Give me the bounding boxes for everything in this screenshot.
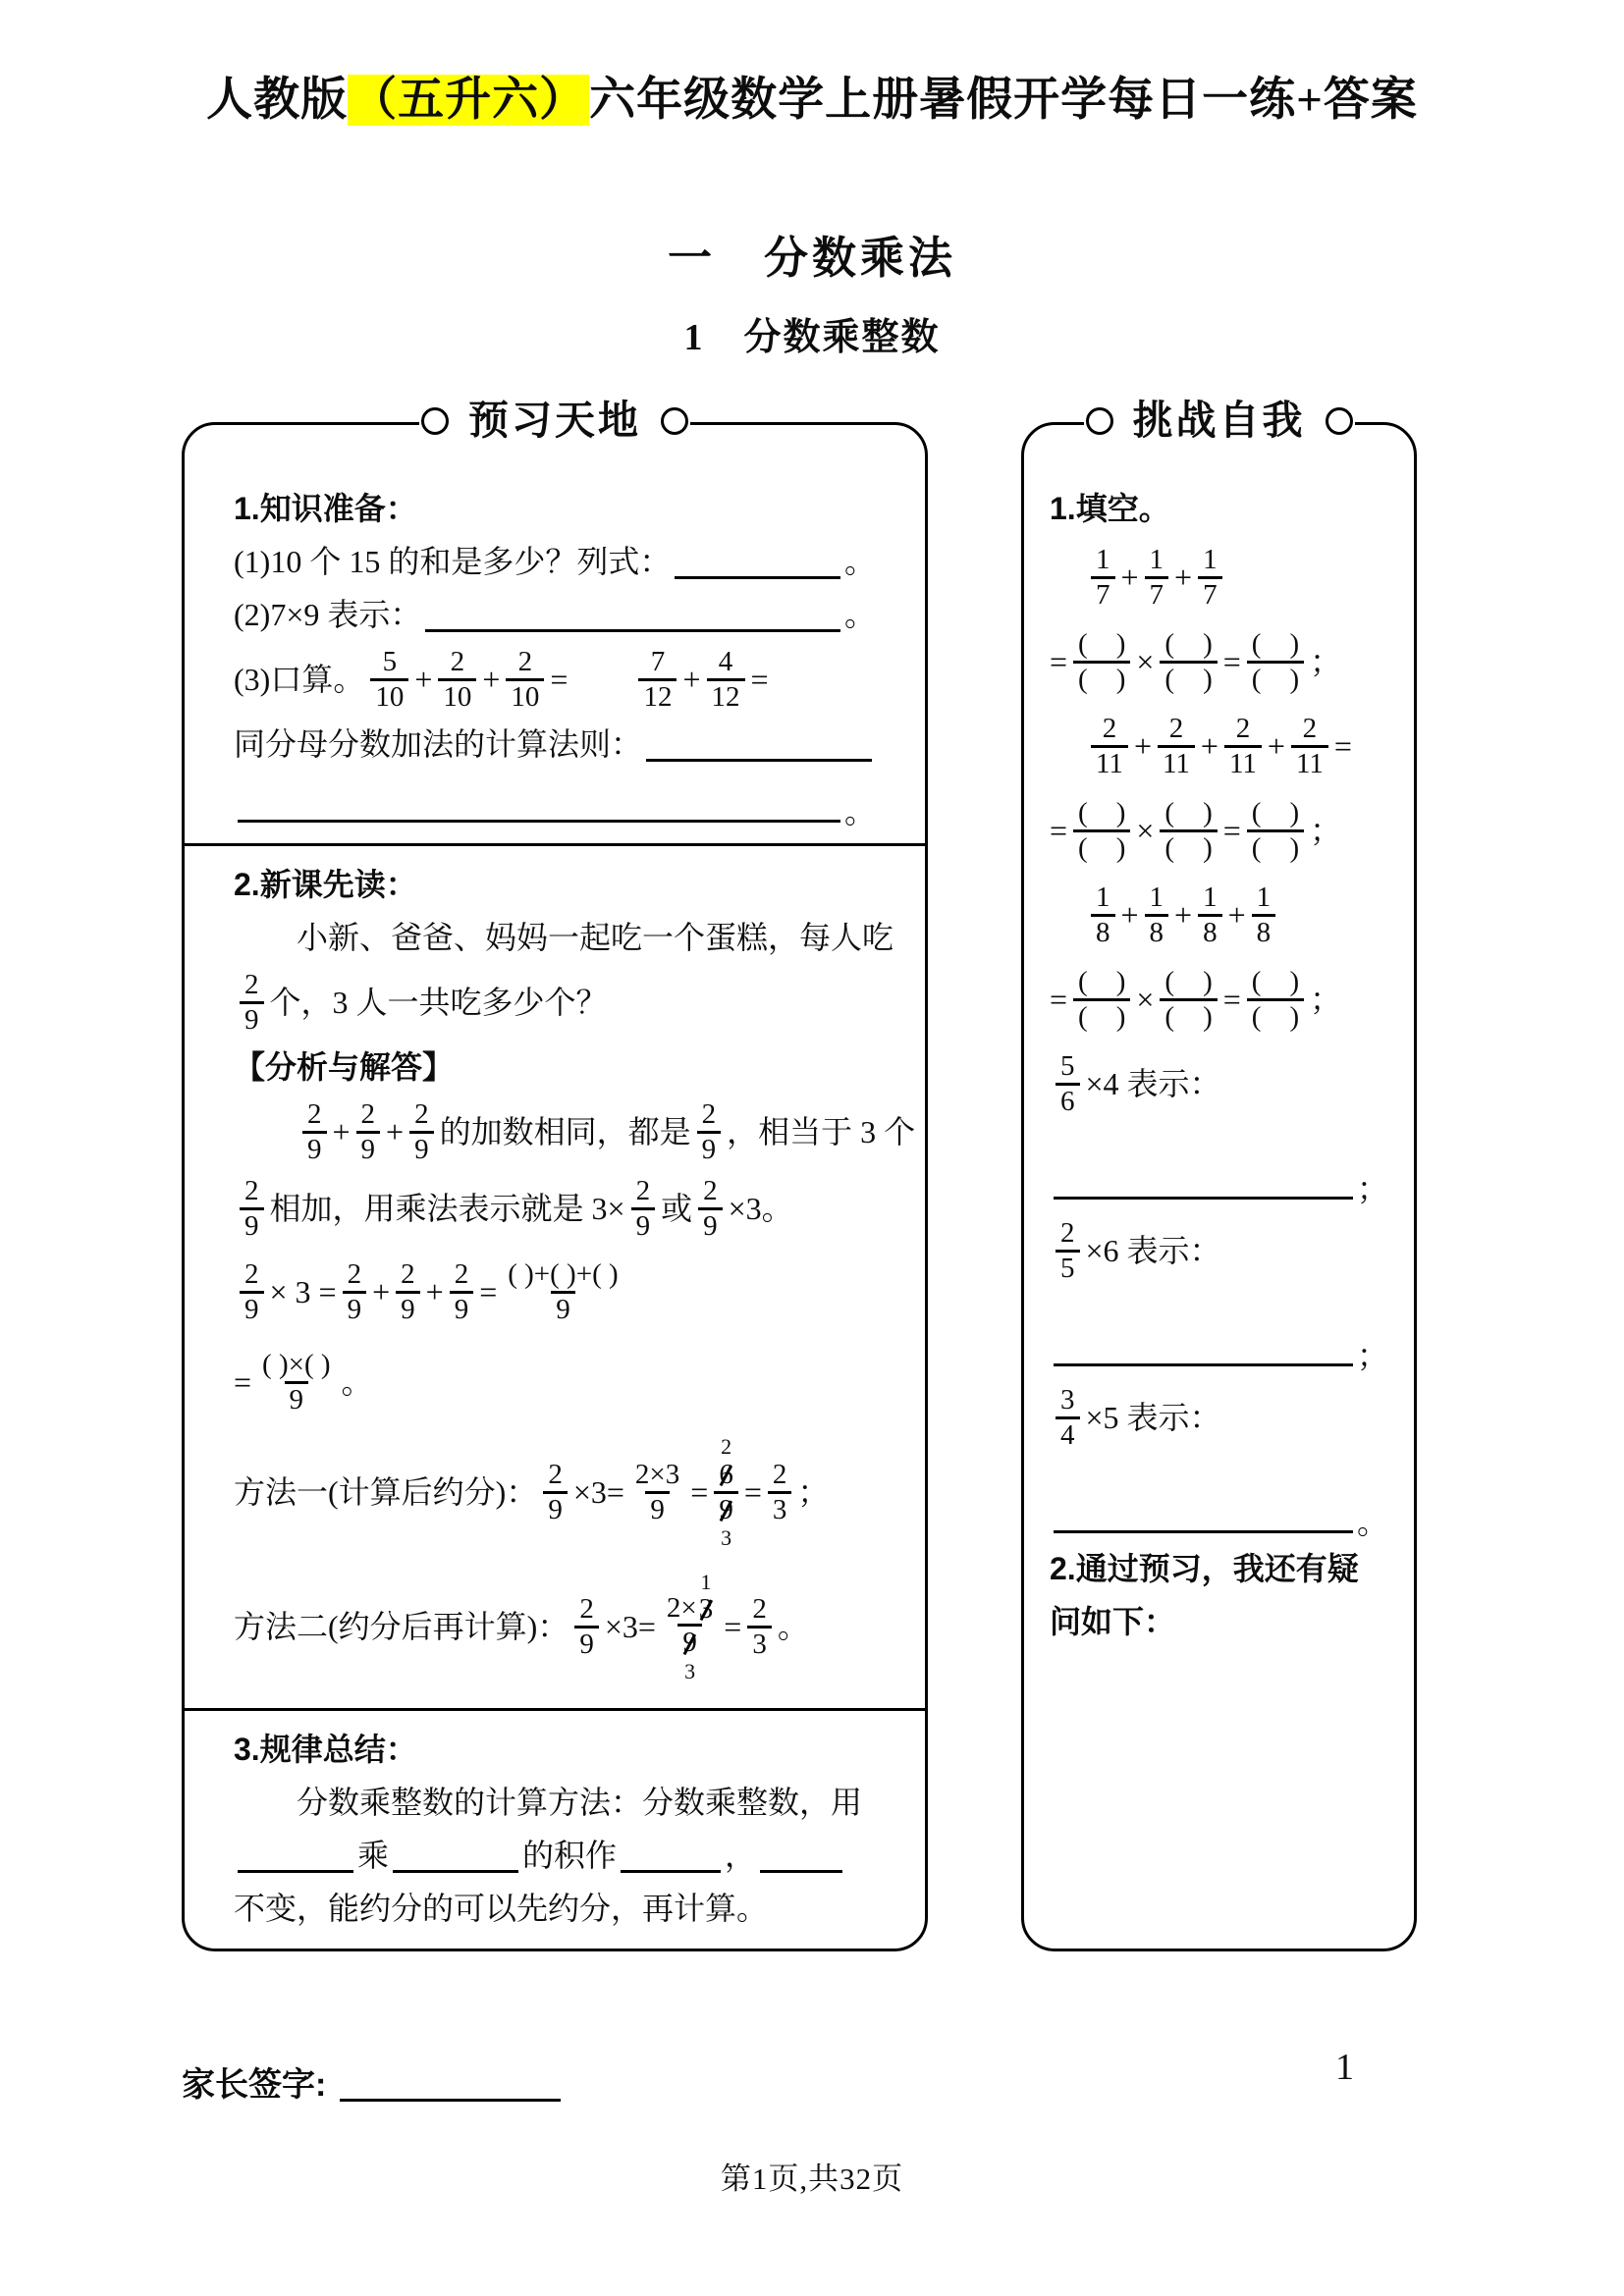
text-run: = [1223, 642, 1241, 681]
numerator: 2 [514, 646, 538, 677]
preview-box-header: 预习天地 [419, 399, 690, 443]
numerator: ( ) [1160, 628, 1217, 660]
fraction: 29 [302, 1098, 327, 1165]
text-run: × 3 = [270, 1272, 337, 1311]
fraction: ( )( ) [1160, 628, 1217, 695]
text-run: = [1050, 811, 1067, 850]
text-run: 。 [1357, 1503, 1388, 1542]
text-line: ； [1050, 1293, 1388, 1375]
text-run: 分数乘整数的计算方法：分数乘整数，用 [297, 1783, 862, 1822]
fraction: 29 [356, 1098, 381, 1165]
text-run: × [1136, 811, 1154, 850]
denominator: 8 [1252, 914, 1276, 948]
denominator: 10 [506, 678, 544, 713]
text-run: ； [1357, 1169, 1388, 1208]
challenge-box-header-label: 挑战自我 [1133, 399, 1306, 443]
text-run: ； [1310, 811, 1341, 850]
numerator: 2 [698, 1175, 723, 1206]
fraction: 2×39 [630, 1459, 684, 1525]
page-number: 1 [1335, 2046, 1354, 2089]
numerator: 2×13 [662, 1570, 718, 1625]
denominator: 11 [1091, 745, 1128, 779]
text-run: ×3。 [729, 1189, 793, 1228]
page-title: 人教版（五升六）六年级数学上册暑假开学每日一练+答案 [0, 63, 1624, 129]
fraction: 211 [1224, 713, 1262, 779]
text-run: ×3= [573, 1472, 624, 1512]
numerator: ( ) [1073, 966, 1130, 997]
denominator: 9 [409, 1131, 434, 1165]
text-line: 同分母分数加法的计算法则： [234, 718, 876, 771]
blank-line [238, 790, 840, 823]
section-divider [185, 843, 925, 846]
text-run: 的加数相同，都是 [440, 1112, 691, 1151]
blank-line [393, 1841, 518, 1873]
preview-box: 预习天地 1.知识准备：(1)10 个 15 的和是多少？列式：。(2)7×9 … [182, 422, 928, 1951]
reduced-digit: 2 [721, 1434, 731, 1459]
text-run: ×3= [605, 1607, 656, 1646]
text-run: ； [1357, 1336, 1388, 1375]
denominator: 9 [240, 1291, 264, 1325]
challenge-box: 挑战自我 1.填空。17+17+17=( )( )×( )( )=( )( )；… [1021, 422, 1417, 1951]
text-run: = [1050, 980, 1067, 1019]
fraction: 17 [1198, 544, 1222, 611]
text-run: 的积作 [522, 1836, 617, 1875]
section-divider [185, 1708, 925, 1711]
chapter-heading: 一 分数乘法 [0, 222, 1624, 286]
text-line: 方法二(约分后再计算)：29×3=2×1393=23。 [234, 1557, 876, 1696]
preview-box-header-label: 预习天地 [468, 399, 641, 443]
fraction: 29 [631, 1175, 656, 1242]
text-run: 相加，用乘法表示就是 3× [270, 1189, 625, 1228]
text-run: + [682, 660, 700, 699]
text-run: + [1121, 558, 1139, 597]
fraction: 29 [240, 1175, 264, 1242]
bold-text-run: 3.规律总结： [234, 1730, 417, 1769]
numerator: 2 [356, 1098, 381, 1130]
numerator: 2 [747, 1593, 772, 1625]
denominator: 3 [768, 1491, 792, 1525]
text-line: (2)7×9 表示：。 [234, 588, 876, 641]
fraction: 56 [1056, 1050, 1080, 1117]
fraction: ( )×( )9 [257, 1349, 335, 1415]
blank-line [760, 1841, 842, 1873]
denominator: 3 [747, 1626, 772, 1660]
denominator: 8 [1145, 914, 1169, 948]
fraction: 29 [574, 1593, 599, 1660]
text-line: 3.规律总结： [234, 1723, 876, 1776]
fraction: 17 [1145, 544, 1169, 611]
blank-line [1054, 1501, 1353, 1533]
denominator: 11 [1291, 745, 1328, 779]
preview-box-content: 1.知识准备：(1)10 个 15 的和是多少？列式：。(2)7×9 表示：。(… [234, 482, 876, 1935]
text-run: 方法一(计算后约分)： [234, 1472, 537, 1512]
fraction: 18 [1198, 881, 1222, 948]
numerator: 6 [714, 1459, 738, 1490]
text-run: + [1201, 726, 1218, 766]
numerator: 2 [446, 646, 470, 677]
parent-signature-label: 家长签字: [182, 2057, 326, 2106]
text-line: 2.新课先读： [234, 858, 876, 911]
text-line: 问如下： [1050, 1595, 1388, 1648]
numerator: 2 [631, 1175, 656, 1206]
text-run: + [1134, 726, 1152, 766]
denominator: 8 [1198, 914, 1222, 948]
numerator: 2 [240, 1175, 264, 1206]
text-run: ×6 表示： [1086, 1231, 1221, 1270]
fraction: ( )( ) [1073, 966, 1130, 1033]
numerator: 2 [343, 1258, 367, 1290]
text-run: + [414, 660, 432, 699]
decorative-circle-icon [421, 407, 449, 435]
page-title-highlight: （五升六） [348, 75, 589, 126]
fraction: 210 [438, 646, 476, 713]
denominator: ( ) [1073, 661, 1130, 695]
denominator: 9 [285, 1381, 309, 1415]
numerator: ( ) [1073, 628, 1130, 660]
fraction: ( )( ) [1247, 797, 1304, 864]
numerator: 4 [714, 646, 738, 677]
denominator: 7 [1145, 576, 1169, 611]
numerator: 2 [697, 1098, 722, 1130]
fraction: ( )( ) [1247, 966, 1304, 1033]
text-line: (1)10 个 15 的和是多少？列式：。 [234, 535, 876, 588]
text-run: (3)口算。 [234, 660, 364, 699]
text-line: 方法一(计算后约分)：29×3=2×39=2693=23； [234, 1427, 876, 1557]
text-line: 56×4 表示： [1050, 1041, 1388, 1126]
text-run: ， [725, 1836, 756, 1875]
denominator: 9 [697, 1131, 722, 1165]
fraction: 18 [1145, 881, 1169, 948]
denominator: 10 [370, 678, 408, 713]
numerator: 1 [1198, 881, 1222, 913]
numerator: 2 [396, 1258, 420, 1290]
text-line: =( )( )×( )( )=( )( )； [1050, 619, 1388, 704]
bold-text-run: 2.通过预习，我还有疑 [1050, 1549, 1359, 1588]
fraction: ( )+( )+( )9 [503, 1258, 623, 1325]
text-line: 。 [1050, 1460, 1388, 1542]
fraction: 23 [747, 1593, 772, 1660]
fraction: 34 [1056, 1384, 1080, 1451]
bold-text-run: 【分析与解答】 [234, 1047, 454, 1087]
denominator: 9 [240, 1207, 264, 1242]
section-heading: 1 分数乘整数 [0, 306, 1624, 360]
numerator: ( )+( )+( ) [503, 1258, 623, 1290]
text-run: + [1228, 895, 1246, 934]
fraction: 29 [240, 969, 264, 1036]
blank-line [646, 729, 872, 762]
numerator: 2 [302, 1098, 327, 1130]
bold-text-run: 1.知识准备： [234, 489, 417, 528]
denominator: 9 [396, 1291, 420, 1325]
text-line: 29× 3 =29+29+29=( )+( )+( )9 [234, 1247, 876, 1337]
text-run: 。 [844, 792, 876, 831]
fraction: 211 [1158, 713, 1195, 779]
numerator: 2 [543, 1459, 568, 1490]
text-run: 。 [844, 542, 876, 581]
fraction: 18 [1091, 881, 1115, 948]
numerator: 5 [1056, 1050, 1080, 1082]
reduced-digit: 1 [701, 1570, 712, 1594]
text-line: =( )( )×( )( )=( )( )； [1050, 788, 1388, 873]
numerator: 2 [574, 1593, 599, 1625]
text-run: (1)10 个 15 的和是多少？列式： [234, 542, 671, 581]
text-run: + [1121, 895, 1139, 934]
fraction: 29 [698, 1175, 723, 1242]
fraction: 510 [370, 646, 408, 713]
text-run: = [1334, 726, 1352, 766]
numerator: 2 [1298, 713, 1323, 744]
denominator: 11 [1158, 745, 1195, 779]
fraction: 29 [240, 1258, 264, 1325]
text-line: ； [1050, 1126, 1388, 1208]
cancelled-digit: 6 [719, 1460, 733, 1489]
bold-text-run: 1.填空。 [1050, 489, 1170, 528]
text-run: 。 [778, 1607, 809, 1646]
numerator: 2 [1056, 1217, 1080, 1249]
text-run: = [1050, 642, 1067, 681]
denominator: ( ) [1160, 661, 1217, 695]
numerator: ( ) [1247, 797, 1304, 828]
blank-line [621, 1841, 721, 1873]
denominator: 6 [1056, 1083, 1080, 1117]
blank-line [1054, 1334, 1353, 1366]
denominator: 7 [1198, 576, 1222, 611]
text-line: 乘的积作， [234, 1829, 876, 1882]
denominator: 9 [698, 1207, 723, 1242]
fraction: ( )( ) [1073, 797, 1130, 864]
signature-blank-line [340, 2065, 561, 2102]
challenge-box-header: 挑战自我 [1084, 399, 1355, 443]
numerator: ( )×( ) [257, 1349, 335, 1380]
text-line: 17+17+17 [1050, 535, 1388, 619]
denominator: 12 [638, 678, 677, 713]
text-line: =( )( )×( )( )=( )( )； [1050, 957, 1388, 1041]
numerator: 3 [1056, 1384, 1080, 1415]
cancelled-digit: 3 [699, 1594, 714, 1624]
fraction: 210 [506, 646, 544, 713]
numerator: ( ) [1247, 628, 1304, 660]
denominator: 5 [1056, 1250, 1080, 1284]
page-footer: 第1页,共32页 [0, 2154, 1624, 2198]
numerator: 7 [646, 646, 671, 677]
numerator: 2 [1164, 713, 1189, 744]
text-line: 不变，能约分的可以先约分，再计算。 [234, 1882, 876, 1935]
numerator: ( ) [1247, 966, 1304, 997]
text-line: 25×6 表示： [1050, 1208, 1388, 1293]
denominator: 9 [343, 1291, 367, 1325]
text-line: 18+18+18+18 [1050, 873, 1388, 957]
denominator: 9 [551, 1291, 575, 1325]
parent-signature-row: 家长签字: [182, 2057, 561, 2106]
cancel-stack: 13 [699, 1570, 714, 1625]
text-run: + [482, 660, 500, 699]
page-title-post: 六年级数学上册暑假开学每日一练+答案 [589, 75, 1418, 126]
text-line: (3)口算。510+210+210=712+412= [234, 641, 876, 718]
numerator: 2 [240, 969, 264, 1000]
fraction: ( )( ) [1073, 628, 1130, 695]
challenge-box-content: 1.填空。17+17+17=( )( )×( )( )=( )( )；211+2… [1050, 482, 1388, 1648]
numerator: 1 [1252, 881, 1276, 913]
fraction: 17 [1091, 544, 1115, 611]
text-run: ，相当于 3 个 [727, 1112, 915, 1151]
text-line: 小新、爸爸、妈妈一起吃一个蛋糕，每人吃 [234, 911, 876, 964]
text-line: 29个，3 人一共吃多少个？ [234, 964, 876, 1041]
numerator: 2 [768, 1459, 792, 1490]
denominator: 4 [1056, 1416, 1080, 1451]
numerator: 2 [450, 1258, 474, 1290]
blank-line [1054, 1167, 1353, 1200]
cancelled-digit: 9 [719, 1495, 733, 1524]
text-run: 乘 [357, 1836, 389, 1875]
denominator: 9 [677, 1624, 702, 1658]
numerator: 2 [240, 1258, 264, 1290]
denominator: ( ) [1073, 829, 1130, 864]
text-run: 同分母分数加法的计算法则： [234, 724, 642, 764]
text-run: 2× [667, 1592, 697, 1624]
fraction: ( )( ) [1160, 966, 1217, 1033]
denominator: 10 [438, 678, 476, 713]
denominator: 11 [1224, 745, 1262, 779]
numerator: ( ) [1160, 797, 1217, 828]
blank-line [425, 600, 840, 632]
fraction: 211 [1291, 713, 1328, 779]
reduced-digit: 3 [684, 1659, 695, 1683]
denominator: ( ) [1247, 829, 1304, 864]
text-run: = [234, 1362, 251, 1402]
text-run: = [550, 660, 568, 699]
text-run: 不变，能约分的可以先约分，再计算。 [234, 1889, 768, 1928]
text-run: = [1223, 811, 1241, 850]
reduced-digit: 3 [721, 1525, 731, 1550]
text-run: ×4 表示： [1086, 1064, 1221, 1103]
text-run: (2)7×9 表示： [234, 595, 421, 634]
denominator: 12 [707, 678, 745, 713]
text-run: ； [1310, 980, 1341, 1019]
text-line: 29相加，用乘法表示就是 3×29或29×3。 [234, 1170, 876, 1247]
blank-line [238, 1841, 353, 1873]
text-line: 1.知识准备： [234, 482, 876, 535]
denominator: ( ) [1160, 998, 1217, 1033]
fraction: 25 [1056, 1217, 1080, 1284]
text-run: × [1136, 642, 1154, 681]
denominator: 9 [631, 1207, 656, 1242]
text-line: 1.填空。 [1050, 482, 1388, 535]
fraction: ( )( ) [1160, 797, 1217, 864]
denominator: 9 [356, 1131, 381, 1165]
bold-text-run: 2.新课先读： [234, 865, 417, 904]
text-run: + [1174, 558, 1192, 597]
text-run: = [479, 1272, 497, 1311]
text-run: 或 [661, 1189, 692, 1228]
numerator: 1 [1091, 544, 1115, 575]
denominator: 9 [645, 1491, 670, 1525]
numerator: 2 [409, 1098, 434, 1130]
numerator: 1 [1145, 544, 1169, 575]
cancel-fraction: 2693 [714, 1434, 738, 1550]
text-run: ×5 表示： [1086, 1398, 1221, 1437]
text-run: 小新、爸爸、妈妈一起吃一个蛋糕，每人吃 [297, 918, 893, 957]
fraction: 29 [396, 1258, 420, 1325]
decorative-circle-icon [661, 407, 688, 435]
text-run: × [1136, 980, 1154, 1019]
numerator: 2 [1098, 713, 1122, 744]
denominator: ( ) [1247, 998, 1304, 1033]
text-line: 34×5 表示： [1050, 1375, 1388, 1460]
text-run: + [426, 1272, 444, 1311]
blank-line [675, 547, 840, 579]
text-run: 。 [844, 595, 876, 634]
fraction: 29 [697, 1098, 722, 1165]
text-run: + [386, 1112, 404, 1151]
denominator: 9 [450, 1291, 474, 1325]
fraction: 29 [450, 1258, 474, 1325]
fraction: 29 [543, 1459, 568, 1525]
text-run: + [1268, 726, 1285, 766]
page-title-pre: 人教版 [206, 75, 348, 126]
text-run: 个，3 人一共吃多少个？ [270, 983, 608, 1022]
denominator: 9 [302, 1131, 327, 1165]
fraction: ( )( ) [1247, 628, 1304, 695]
numerator: ( ) [1073, 797, 1130, 828]
text-run: = [690, 1472, 708, 1512]
fraction: 211 [1091, 713, 1128, 779]
fraction: 18 [1252, 881, 1276, 948]
fraction: 29 [343, 1258, 367, 1325]
decorative-circle-icon [1086, 407, 1113, 435]
text-line: =( )×( )9。 [234, 1337, 876, 1427]
cancelled-digit: 9 [682, 1628, 697, 1657]
fraction: 23 [768, 1459, 792, 1525]
numerator: 1 [1145, 881, 1169, 913]
numerator: 2×3 [630, 1459, 684, 1490]
text-line: 29+29+29的加数相同，都是29，相当于 3 个 [234, 1094, 876, 1170]
text-run: 方法二(约分后再计算)： [234, 1607, 568, 1646]
denominator: 9 [240, 1001, 264, 1036]
text-line: 2.通过预习，我还有疑 [1050, 1542, 1388, 1595]
numerator: ( ) [1160, 966, 1217, 997]
denominator: 9 [714, 1491, 738, 1525]
decorative-circle-icon [1326, 407, 1353, 435]
denominator: ( ) [1247, 661, 1304, 695]
text-run: + [333, 1112, 351, 1151]
bold-text-run: 问如下： [1050, 1602, 1175, 1641]
text-run: ； [797, 1472, 829, 1512]
text-line: 分数乘整数的计算方法：分数乘整数，用 [234, 1776, 876, 1829]
denominator: ( ) [1073, 998, 1130, 1033]
numerator: 1 [1091, 881, 1115, 913]
denominator: 9 [574, 1626, 599, 1660]
text-line: 【分析与解答】 [234, 1041, 876, 1094]
numerator: 1 [1198, 544, 1222, 575]
numerator: 5 [378, 646, 403, 677]
text-run: = [724, 1607, 741, 1646]
text-run: + [372, 1272, 390, 1311]
text-run: + [1174, 895, 1192, 934]
denominator: ( ) [1160, 829, 1217, 864]
cancel-fraction: 2×1393 [662, 1570, 718, 1683]
denominator: 9 [543, 1491, 568, 1525]
text-line: 。 [234, 771, 876, 831]
text-run: = [744, 1472, 762, 1512]
denominator: 8 [1091, 914, 1115, 948]
text-run: 。 [342, 1362, 373, 1402]
text-line: 211+211+211+211= [1050, 704, 1388, 788]
fraction: 29 [409, 1098, 434, 1165]
text-run: ； [1310, 642, 1341, 681]
denominator: 7 [1091, 576, 1115, 611]
numerator: 2 [1231, 713, 1256, 744]
fraction: 412 [707, 646, 745, 713]
